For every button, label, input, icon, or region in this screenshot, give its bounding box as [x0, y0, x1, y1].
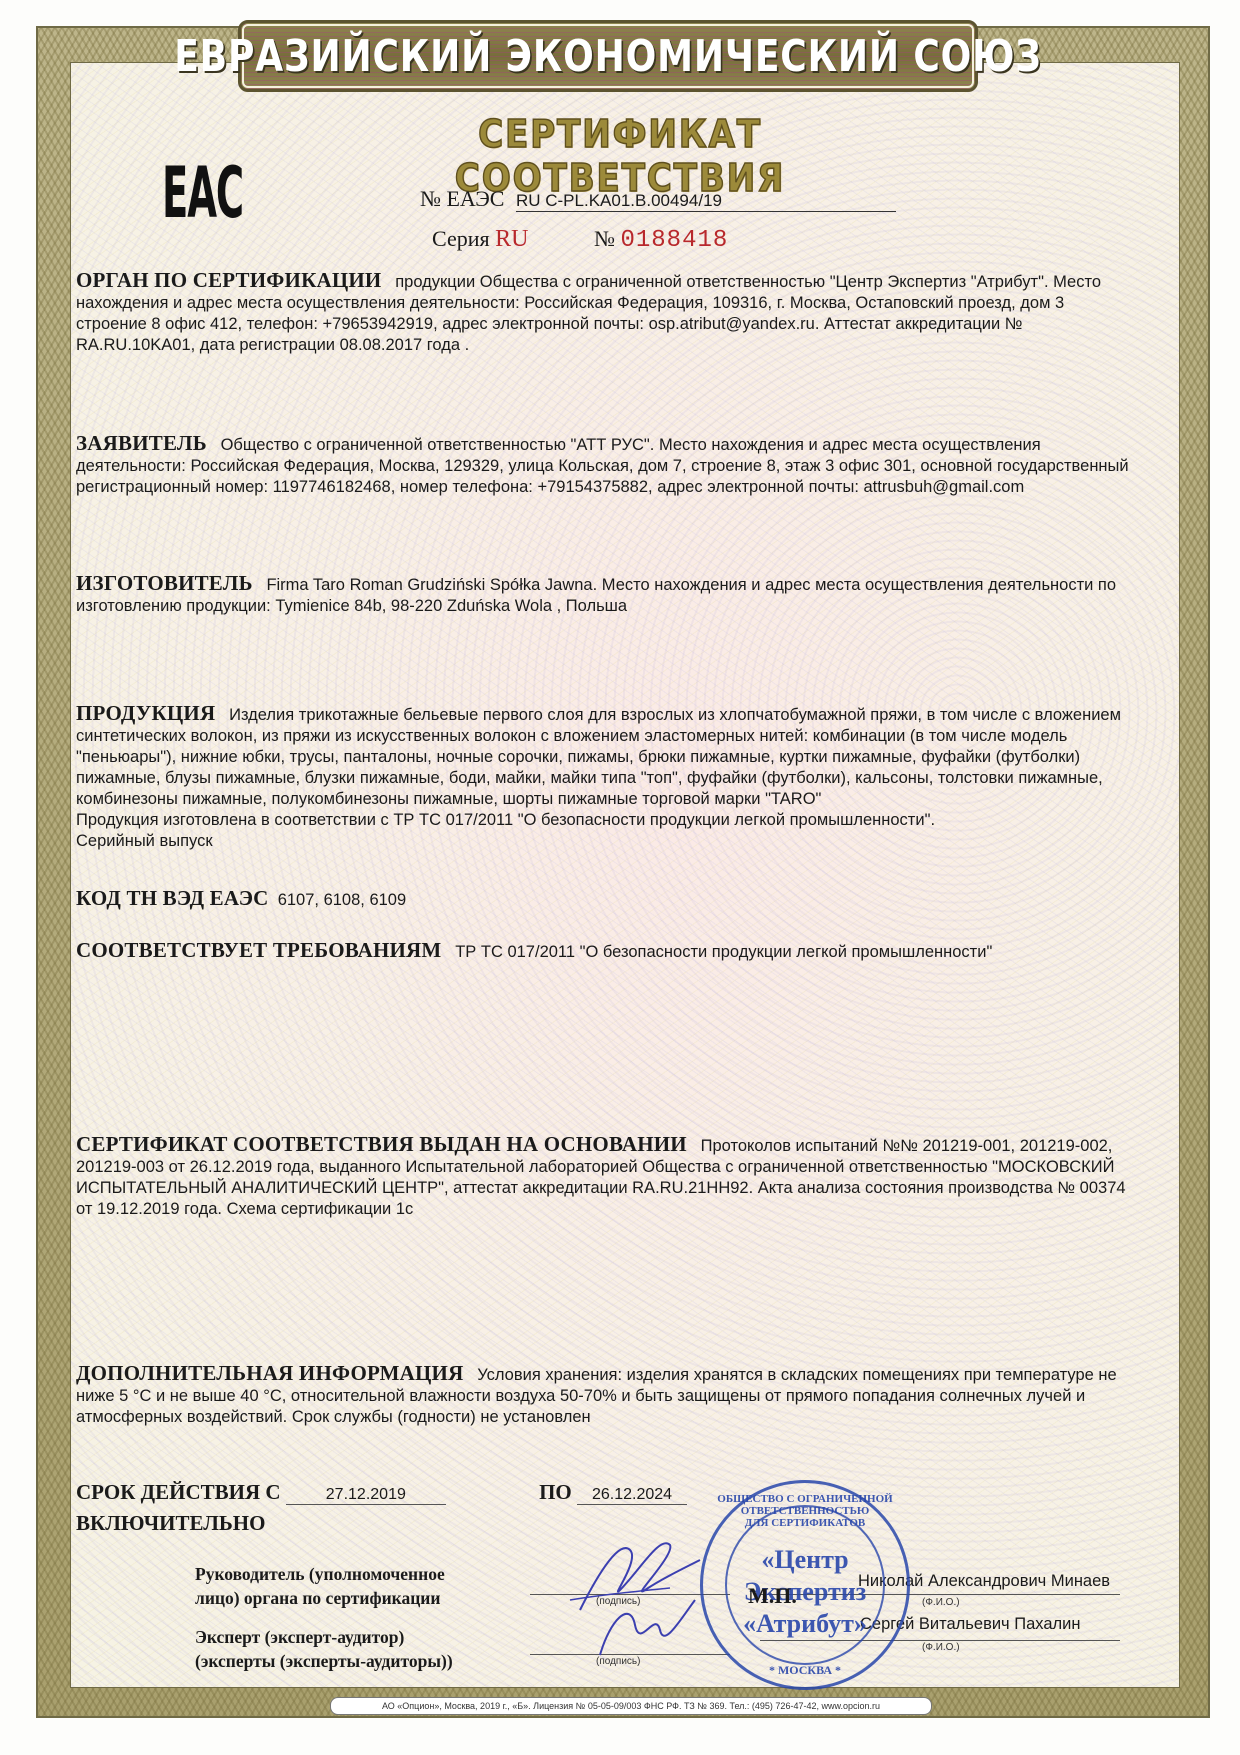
section-issue-basis: СЕРТИФИКАТ СООТВЕТСТВИЯ ВЫДАН НА ОСНОВАН… [76, 1134, 1136, 1220]
head-signatory-label: Руководитель (уполномоченное лицо) орган… [195, 1562, 445, 1610]
stamp-ring-bottom: * МОСКВА * [703, 1663, 907, 1678]
expert-signatory-label: Эксперт (эксперт-аудитор) (эксперты (экс… [195, 1625, 453, 1673]
section-heading: СООТВЕТСТВУЕТ ТРЕБОВАНИЯМ [76, 938, 441, 962]
section-text: Общество с ограниченной ответственностью… [76, 436, 1129, 496]
blank-number-value: 0188418 [620, 227, 728, 254]
section-heading: СЕРТИФИКАТ СООТВЕТСТВИЯ ВЫДАН НА ОСНОВАН… [76, 1132, 687, 1156]
section-heading: ЗАЯВИТЕЛЬ [76, 431, 207, 455]
stamp-line-2: Экспертиз [703, 1577, 907, 1607]
stamp-line-1: «Центр [703, 1545, 907, 1575]
expert-label-line-2: (эксперты (эксперты-аудиторы)) [195, 1649, 453, 1673]
expert-fio-caption: (Ф.И.О.) [922, 1642, 960, 1653]
section-certification-body: ОРГАН ПО СЕРТИФИКАЦИИ продукции Общества… [76, 270, 1136, 356]
certificate-number-label: № ЕАЭС [420, 186, 504, 211]
stamp-ring-top: ОБЩЕСТВО С ОГРАНИЧЕННОЙ ОТВЕТСТВЕННОСТЬЮ [703, 1493, 907, 1517]
products-conformity: Продукция изготовлена в соответствии с Т… [76, 810, 1136, 831]
products-release: Серийный выпуск [76, 831, 1136, 852]
validity-to-label: ПО [539, 1480, 572, 1504]
printer-imprint: АО «Опцион», Москва, 2019 г., «Б». Лицен… [330, 1697, 932, 1715]
section-requirements: СООТВЕТСТВУЕТ ТРЕБОВАНИЯМ ТР ТС 017/2011… [76, 940, 1136, 963]
validity-from-label: СРОК ДЕЙСТВИЯ С [76, 1480, 281, 1504]
stamp-ring-inner: ДЛЯ СЕРТИФИКАТОВ [703, 1517, 907, 1529]
section-heading: КОД ТН ВЭД ЕАЭС [76, 886, 269, 910]
section-hs-code: КОД ТН ВЭД ЕАЭС 6107, 6108, 6109 [76, 888, 1136, 911]
section-heading: ПРОДУКЦИЯ [76, 701, 215, 725]
section-heading: ОРГАН ПО СЕРТИФИКАЦИИ [76, 268, 381, 292]
requirements-value: ТР ТС 017/2011 "О безопасности продукции… [455, 943, 992, 961]
section-products: ПРОДУКЦИЯ Изделия трикотажные бельевые п… [76, 703, 1136, 852]
section-applicant: ЗАЯВИТЕЛЬ Общество с ограниченной ответс… [76, 433, 1136, 498]
handwritten-signature-icon [560, 1530, 720, 1670]
section-heading: ИЗГОТОВИТЕЛЬ [76, 571, 253, 595]
section-additional-info: ДОПОЛНИТЕЛЬНАЯ ИНФОРМАЦИЯ Условия хранен… [76, 1363, 1136, 1428]
blank-number-label: № [594, 226, 615, 251]
section-manufacturer: ИЗГОТОВИТЕЛЬ Firma Taro Roman Grudziński… [76, 573, 1136, 617]
series-value: RU [495, 226, 528, 252]
blank-series: Серия RU № 0188418 [432, 226, 728, 254]
expert-label-line-1: Эксперт (эксперт-аудитор) [195, 1625, 453, 1649]
hs-code-value: 6107, 6108, 6109 [278, 891, 406, 909]
series-label: Серия [432, 226, 490, 251]
section-text: Изделия трикотажные бельевые первого сло… [76, 706, 1121, 808]
validity-from-date: 27.12.2019 [286, 1486, 446, 1505]
validity-to-date: 26.12.2024 [577, 1486, 687, 1505]
certificate-number-value: RU C-PL.KA01.B.00494/19 [516, 191, 896, 212]
seal-label: М.П. [748, 1583, 797, 1609]
validity-period: СРОК ДЕЙСТВИЯ С 27.12.2019 ПО 26.12.2024… [76, 1480, 687, 1536]
union-banner: ЕВРАЗИЙСКИЙ ЭКОНОМИЧЕСКИЙ СОЮЗ [238, 20, 978, 92]
stamp-line-3: «Атрибут» [703, 1609, 907, 1639]
head-fio-caption: (Ф.И.О.) [922, 1597, 960, 1608]
certificate-number: № ЕАЭС RU C-PL.KA01.B.00494/19 [420, 186, 896, 212]
head-label-line-2: лицо) органа по сертификации [195, 1586, 445, 1610]
official-stamp-icon: ОБЩЕСТВО С ОГРАНИЧЕННОЙ ОТВЕТСТВЕННОСТЬЮ… [700, 1480, 910, 1690]
union-title: ЕВРАЗИЙСКИЙ ЭКОНОМИЧЕСКИЙ СОЮЗ [174, 31, 1042, 82]
head-label-line-1: Руководитель (уполномоченное [195, 1562, 445, 1586]
eac-mark-icon: EAC [162, 152, 243, 234]
section-heading: ДОПОЛНИТЕЛЬНАЯ ИНФОРМАЦИЯ [76, 1361, 463, 1385]
